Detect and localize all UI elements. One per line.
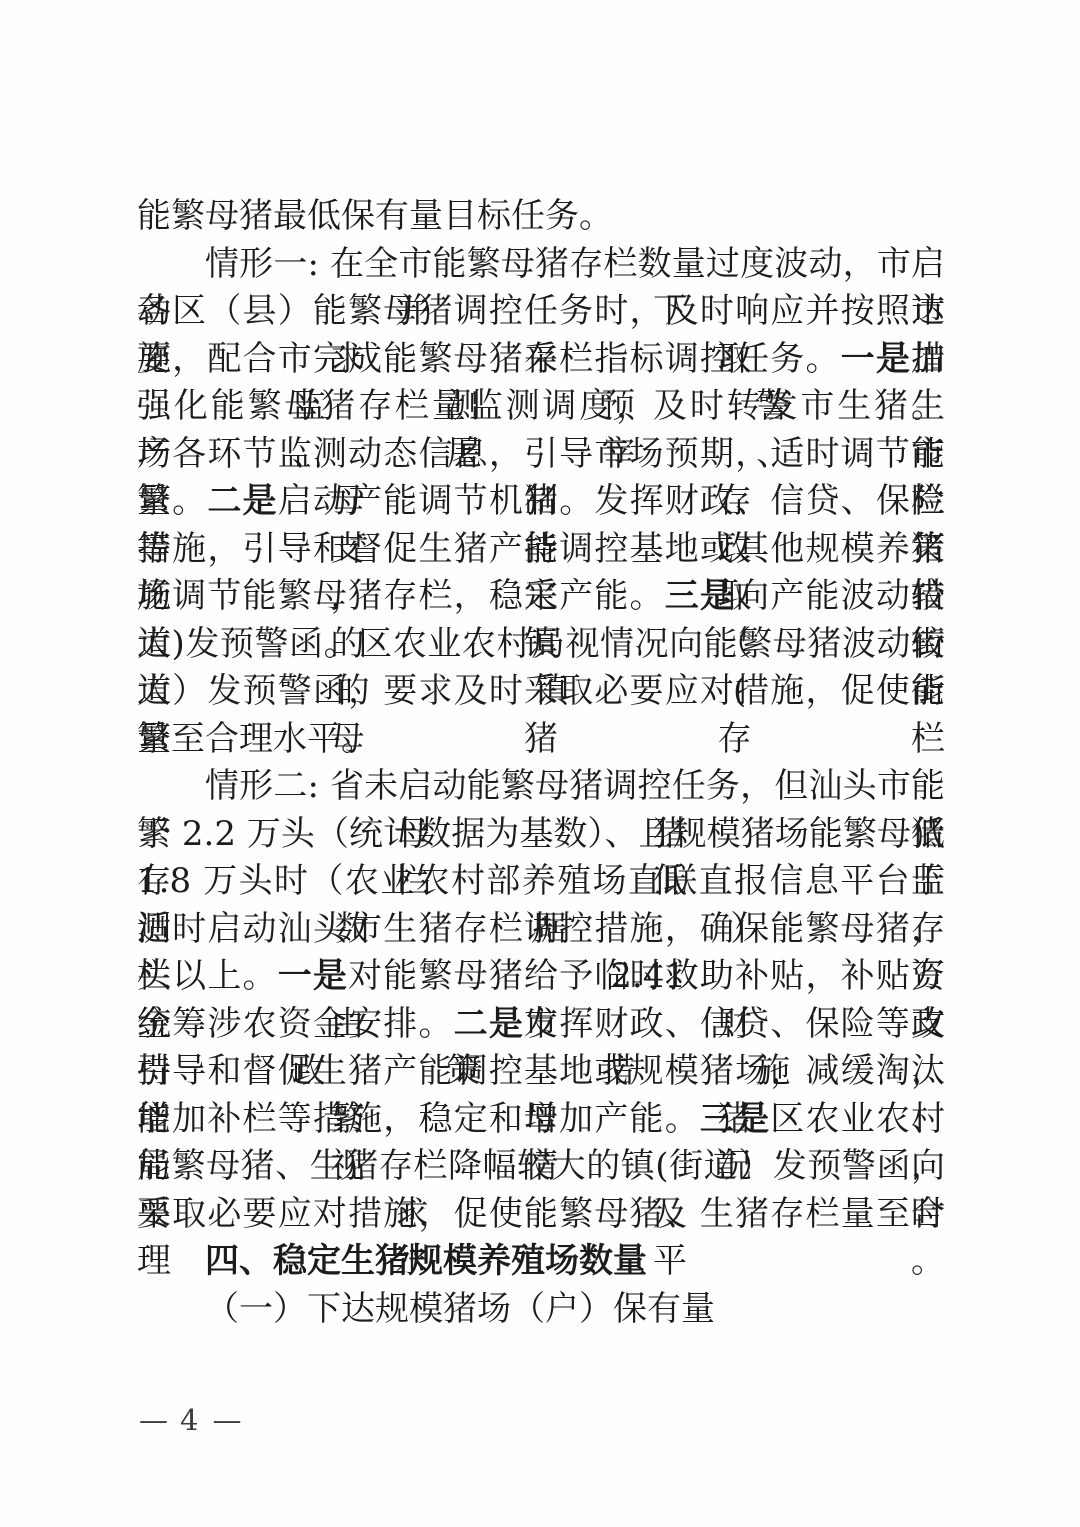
footer-dash-left: — — [139, 1400, 166, 1440]
text-line: 统筹涉农资金安排。二是发挥财政、信贷、保险等支持政策措施， — [137, 1001, 945, 1049]
text-line: 强化能繁母猪存栏量监测调度，及时转发市生猪生产、屠宰、市 — [137, 383, 945, 431]
text-line: 措施，引导和督促生猪产能调控基地或其他规模养猪场，采取措 — [137, 526, 945, 574]
text-line: 施，配合市完成能繁母猪存栏指标调控任务。一是加强监测预警。 — [137, 336, 945, 384]
text-line: 情形二: 省未启动能繁母猪调控任务，但汕头市能繁母猪低 — [137, 763, 945, 811]
text-line: 场各环节监测动态信息，引导市场预期，适时调节能繁母猪存栏 — [137, 431, 945, 479]
text-line: 引导和督促生猪产能调控基地或规模猪场，减缓淘汰能繁母猪、 — [137, 1048, 945, 1096]
footer-dash-right: — — [212, 1400, 239, 1440]
text-line: 各区（县）能繁母猪调控任务时，及时响应并按照市要求采取措 — [137, 288, 945, 336]
emphasis-text: 二是 — [207, 481, 277, 521]
text-segment: 头以上。 — [137, 956, 278, 996]
emphasis-text: 四、稳定生猪规模养殖场数量 — [205, 1241, 647, 1281]
text-line: 于 2.2 万头（统计数据为基数）、且规模猪场能繁母猪存栏低于 — [137, 811, 945, 859]
document-body: 能繁母猪最低保有量目标任务。情形一: 在全市能繁母猪存栏数量过度波动，市启动并下… — [137, 193, 945, 1333]
emphasis-text: 一是 — [841, 339, 911, 379]
text-line: 采取必要应对措施，促使能繁母猪、生猪存栏量至合理水平。 — [137, 1191, 945, 1239]
text-segment: 量。 — [137, 481, 207, 521]
emphasis-text: 三是 — [700, 1099, 770, 1139]
text-segment: 增加补栏等措施，稳定和增加产能。 — [137, 1099, 700, 1139]
text-segment: （一）下达规模猪场（户）保有量 — [205, 1289, 715, 1329]
page-number: 4 — [180, 1400, 198, 1440]
text-line: 施调节能繁母猪存栏，稳定产能。三是向产能波动较大的镇（街 — [137, 573, 945, 621]
text-line: 能繁母猪、生猪存栏降幅较大的镇(街道）发预警函，要求及时 — [137, 1143, 945, 1191]
text-line: 适时启动汕头市生猪存栏调控措施，确保能繁母猪存栏 2.41 万 — [137, 906, 945, 954]
document-page: 能繁母猪最低保有量目标任务。情形一: 在全市能繁母猪存栏数量过度波动，市启动并下… — [0, 0, 1080, 1527]
text-segment: 施，配合市完成能繁母猪存栏指标调控任务。 — [137, 339, 841, 379]
text-segment: 统筹涉农资金安排。 — [137, 1004, 454, 1044]
text-line: 情形一: 在全市能繁母猪存栏数量过度波动，市启动并下达 — [137, 241, 945, 289]
text-line: 道）发预警函，要求及时采取必要应对措施，促使能繁母猪存栏 — [137, 668, 945, 716]
text-segment: 能繁母猪最低保有量目标任务。 — [137, 196, 613, 236]
emphasis-text: 一是 — [278, 956, 348, 996]
text-line: 头以上。一是对能繁母猪给予临时救助补贴，补贴资金由市财政 — [137, 953, 945, 1001]
text-line: 1.8 万头时（农业农村部养殖场直联直报信息平台监测数据）， — [137, 858, 945, 906]
text-line: 量。二是启动产能调节机制。发挥财政、信贷、保险等支持政策 — [137, 478, 945, 526]
text-line: 道)发预警函。区农业农村局视情况向能繁母猪波动较大的镇(街 — [137, 621, 945, 669]
text-line: 增加补栏等措施，稳定和增加产能。三是区农业农村局视情况向 — [137, 1096, 945, 1144]
emphasis-text: 二是 — [454, 1004, 524, 1044]
text-segment: 施调节能繁母猪存栏，稳定产能。 — [137, 576, 665, 616]
page-footer: — 4 — — [139, 1400, 239, 1440]
text-line: 能繁母猪最低保有量目标任务。 — [137, 193, 945, 241]
emphasis-text: 三是 — [665, 576, 735, 616]
sub-heading: （一）下达规模猪场（户）保有量 — [137, 1286, 945, 1334]
text-segment: 量至合理水平。 — [137, 719, 375, 759]
